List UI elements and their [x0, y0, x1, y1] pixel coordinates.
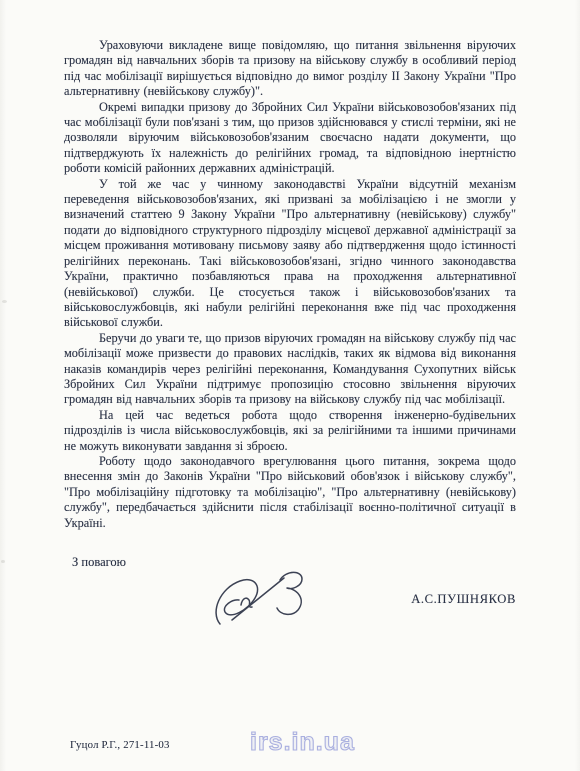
scan-speck — [2, 300, 7, 303]
scan-speck — [1, 560, 5, 563]
scanned-letter-page: Ураховуючи викладене вище повідомляю, що… — [0, 0, 580, 771]
signature-scribble-icon — [210, 568, 328, 630]
letter-paragraph-1: Ураховуючи викладене вище повідомляю, що… — [64, 38, 516, 100]
letter-paragraph-6: Роботу щодо законодавчого врегулювання ц… — [64, 454, 516, 531]
footer-reference: Гуцол Р.Г., 271-11-03 — [70, 739, 170, 751]
letter-paragraph-5: На цей час ведеться робота щодо створенн… — [64, 408, 516, 454]
signer-name: А.С.ПУШНЯКОВ — [411, 592, 516, 607]
letter-body: Ураховуючи викладене вище повідомляю, що… — [64, 38, 516, 531]
letter-paragraph-3: У той же час у чинному законодавстві Укр… — [64, 177, 516, 331]
letter-paragraph-2: Окремі випадки призову до Збройних Сил У… — [64, 100, 516, 177]
watermark-irs-in-ua: irs.in.ua — [250, 728, 355, 757]
closing-salutation: З повагою — [72, 555, 126, 570]
letter-paragraph-4: Беручи до уваги те, що призов віруючих г… — [64, 331, 516, 408]
